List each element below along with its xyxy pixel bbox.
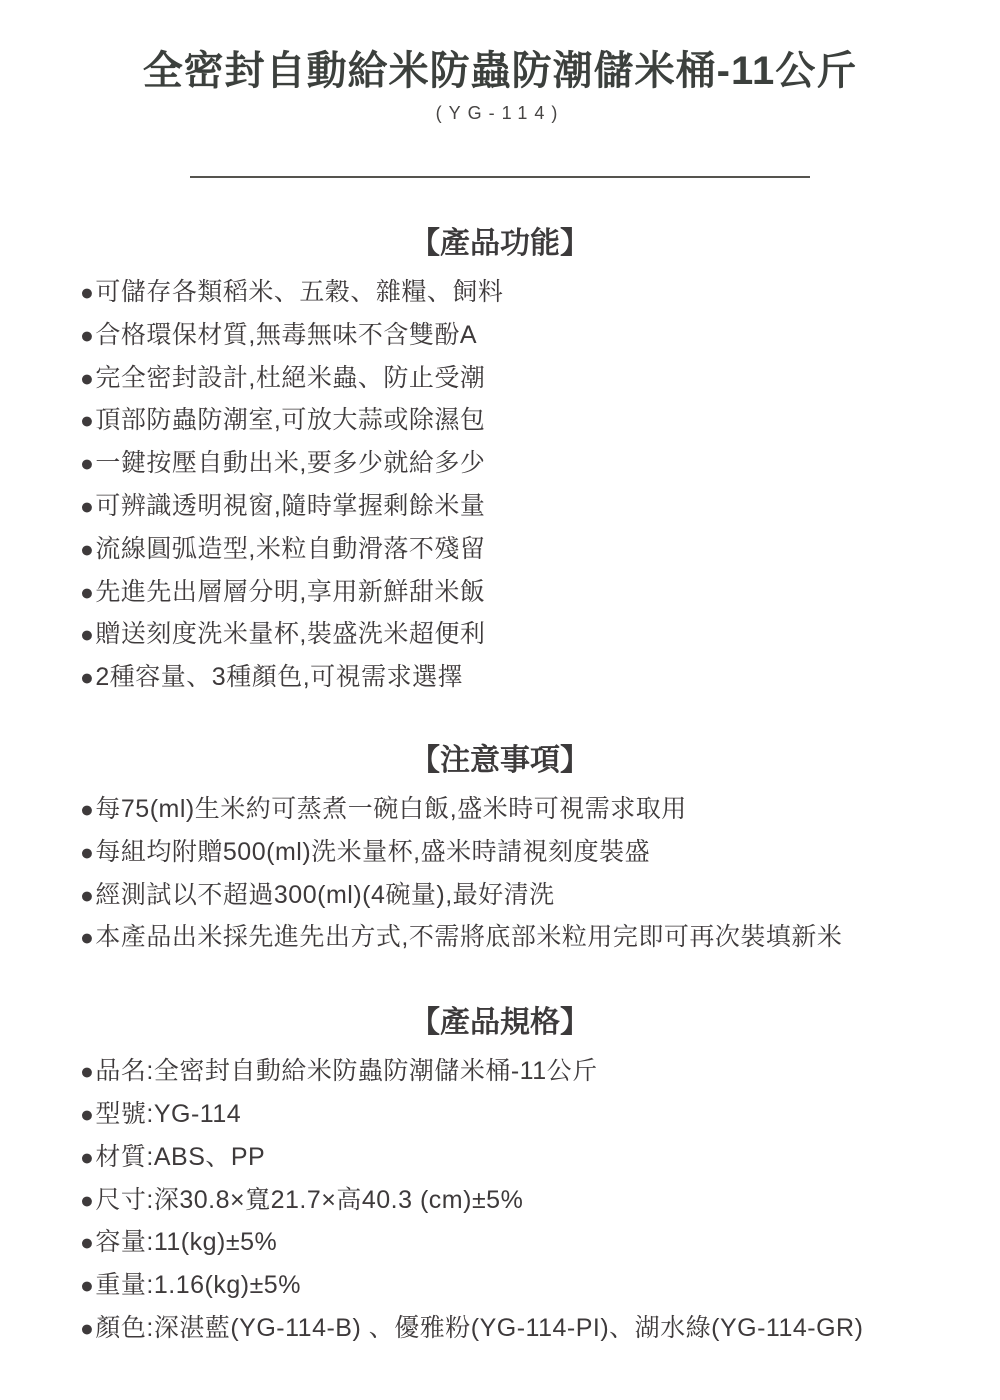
- product-description-page: 全密封自動給米防蟲防潮儲米桶-11公斤 (YG-114) 【產品功能】 ●可儲存…: [0, 0, 1000, 1400]
- list-item-text: 材質:ABS、PP: [95, 1143, 265, 1171]
- list-item: ●流線圓弧造型,米粒自動滑落不殘留: [80, 528, 980, 571]
- list-item: ●材質:ABS、PP: [80, 1136, 980, 1179]
- list-item: ●重量:1.16(kg)±5%: [80, 1264, 980, 1307]
- list-item-text: 完全密封設計,杜絕米蟲、防止受潮: [95, 364, 485, 392]
- list-item: ●一鍵按壓自動出米,要多少就給多少: [80, 442, 980, 485]
- bullet-icon: ●: [80, 1179, 94, 1222]
- list-item-text: 顏色:深湛藍(YG-114-B) 、優雅粉(YG-114-PI)、湖水綠(YG-…: [95, 1314, 863, 1342]
- bullet-icon: ●: [80, 1050, 94, 1093]
- list-item-text: 先進先出層層分明,享用新鮮甜米飯: [95, 578, 485, 606]
- list-item-text: 品名:全密封自動給米防蟲防潮儲米桶-11公斤: [95, 1057, 597, 1085]
- bullet-icon: ●: [80, 357, 94, 400]
- list-item: ●贈送刻度洗米量杯,裝盛洗米超便利: [80, 613, 980, 656]
- list-item-text: 可儲存各類稻米、五穀、雜糧、飼料: [95, 278, 503, 306]
- features-list: ●可儲存各類稻米、五穀、雜糧、飼料 ●合格環保材質,無毒無味不含雙酚A ●完全密…: [0, 271, 1000, 699]
- list-item: ●可辨識透明視窗,隨時掌握剩餘米量: [80, 485, 980, 528]
- bullet-icon: ●: [80, 831, 94, 874]
- bullet-icon: ●: [80, 1136, 94, 1179]
- list-item-text: 流線圓弧造型,米粒自動滑落不殘留: [95, 535, 485, 563]
- list-item: ●可儲存各類稻米、五穀、雜糧、飼料: [80, 271, 980, 314]
- list-item-text: 容量:11(kg)±5%: [95, 1228, 277, 1256]
- bullet-icon: ●: [80, 1093, 94, 1136]
- bullet-icon: ●: [80, 874, 94, 917]
- list-item-text: 尺寸:深30.8×寬21.7×高40.3 (cm)±5%: [95, 1186, 523, 1214]
- list-item-text: 重量:1.16(kg)±5%: [95, 1271, 301, 1299]
- list-item-text: 合格環保材質,無毒無味不含雙酚A: [95, 321, 477, 349]
- list-item: ●每75(ml)生米約可蒸煮一碗白飯,盛米時可視需求取用: [80, 788, 980, 831]
- list-item-text: 一鍵按壓自動出米,要多少就給多少: [95, 449, 485, 477]
- section-product-features: 【產品功能】 ●可儲存各類稻米、五穀、雜糧、飼料 ●合格環保材質,無毒無味不含雙…: [0, 224, 1000, 699]
- list-item: ●完全密封設計,杜絕米蟲、防止受潮: [80, 357, 980, 400]
- bullet-icon: ●: [80, 271, 94, 314]
- list-item-text: 每75(ml)生米約可蒸煮一碗白飯,盛米時可視需求取用: [95, 795, 686, 823]
- bullet-icon: ●: [80, 656, 94, 699]
- bullet-icon: ●: [80, 399, 94, 442]
- bullet-icon: ●: [80, 613, 94, 656]
- list-item: ●合格環保材質,無毒無味不含雙酚A: [80, 314, 980, 357]
- section-heading-specs: 【產品規格】: [0, 1003, 1000, 1042]
- bullet-icon: ●: [80, 314, 94, 357]
- bullet-icon: ●: [80, 788, 94, 831]
- list-item-text: 型號:YG-114: [95, 1100, 241, 1128]
- list-item-text: 贈送刻度洗米量杯,裝盛洗米超便利: [95, 620, 485, 648]
- list-item: ●2種容量、3種顏色,可視需求選擇: [80, 656, 980, 699]
- bullet-icon: ●: [80, 1221, 94, 1264]
- bullet-icon: ●: [80, 528, 94, 571]
- section-heading-features: 【產品功能】: [0, 224, 1000, 263]
- bullet-icon: ●: [80, 1264, 94, 1307]
- list-item-text: 可辨識透明視窗,隨時掌握剩餘米量: [95, 492, 485, 520]
- list-item: ●品名:全密封自動給米防蟲防潮儲米桶-11公斤: [80, 1050, 980, 1093]
- bullet-icon: ●: [80, 485, 94, 528]
- page-title: 全密封自動給米防蟲防潮儲米桶-11公斤: [0, 0, 1000, 94]
- bullet-icon: ●: [80, 442, 94, 485]
- list-item: ●頂部防蟲防潮室,可放大蒜或除濕包: [80, 399, 980, 442]
- section-notes: 【注意事項】 ●每75(ml)生米約可蒸煮一碗白飯,盛米時可視需求取用 ●每組均…: [0, 741, 1000, 959]
- list-item: ●顏色:深湛藍(YG-114-B) 、優雅粉(YG-114-PI)、湖水綠(YG…: [80, 1307, 980, 1350]
- list-item: ●容量:11(kg)±5%: [80, 1221, 980, 1264]
- list-item: ●尺寸:深30.8×寬21.7×高40.3 (cm)±5%: [80, 1179, 980, 1222]
- divider: [190, 176, 810, 178]
- list-item-text: 每組均附贈500(ml)洗米量杯,盛米時請視刻度裝盛: [95, 838, 650, 866]
- section-heading-notes: 【注意事項】: [0, 741, 1000, 780]
- list-item-text: 本產品出米採先進先出方式,不需將底部米粒用完即可再次裝填新米: [95, 923, 842, 951]
- list-item: ●本產品出米採先進先出方式,不需將底部米粒用完即可再次裝填新米: [80, 916, 980, 959]
- bullet-icon: ●: [80, 1307, 94, 1350]
- list-item-text: 頂部防蟲防潮室,可放大蒜或除濕包: [95, 406, 485, 434]
- section-specifications: 【產品規格】 ●品名:全密封自動給米防蟲防潮儲米桶-11公斤 ●型號:YG-11…: [0, 1003, 1000, 1350]
- specs-list: ●品名:全密封自動給米防蟲防潮儲米桶-11公斤 ●型號:YG-114 ●材質:A…: [0, 1050, 1000, 1350]
- list-item: ●經測試以不超過300(ml)(4碗量),最好清洗: [80, 874, 980, 917]
- notes-list: ●每75(ml)生米約可蒸煮一碗白飯,盛米時可視需求取用 ●每組均附贈500(m…: [0, 788, 1000, 959]
- bullet-icon: ●: [80, 571, 94, 614]
- list-item-text: 2種容量、3種顏色,可視需求選擇: [95, 663, 463, 691]
- bullet-icon: ●: [80, 916, 94, 959]
- list-item-text: 經測試以不超過300(ml)(4碗量),最好清洗: [95, 881, 554, 909]
- list-item: ●先進先出層層分明,享用新鮮甜米飯: [80, 571, 980, 614]
- list-item: ●型號:YG-114: [80, 1093, 980, 1136]
- model-number: (YG-114): [0, 103, 1000, 124]
- list-item: ●每組均附贈500(ml)洗米量杯,盛米時請視刻度裝盛: [80, 831, 980, 874]
